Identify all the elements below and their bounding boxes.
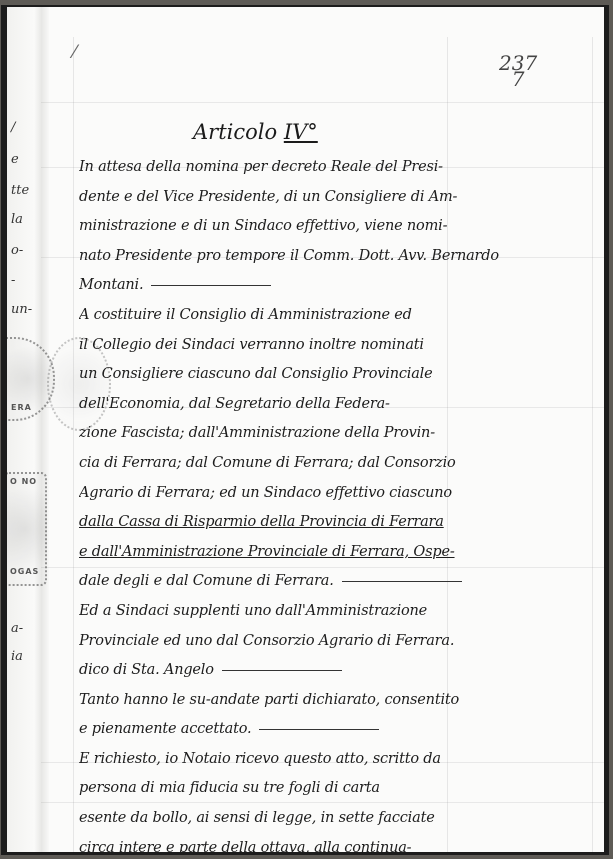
margin-fragment: - (11, 273, 15, 288)
margin-fragment: ia (11, 649, 23, 664)
margin-fragment: / (11, 120, 15, 135)
stamp-label: ERA (11, 403, 32, 412)
text-line-content: Montani. (79, 277, 143, 293)
text-line: E richiesto, io Notaio ricevo questo att… (79, 745, 509, 775)
text-line: Provinciale ed uno dal Consorzio Agrario… (79, 627, 509, 657)
text-line: circa intere e parte della ottava, alla … (79, 834, 509, 852)
text-line: A costituire il Consiglio di Amministraz… (79, 301, 509, 331)
text-line: Ed a Sindaci supplenti uno dall'Amminist… (79, 597, 509, 627)
text-line: Agrario di Ferrara; ed un Sindaco effett… (79, 479, 509, 509)
margin-fragment: o- (11, 243, 23, 258)
text-line: Montani. (79, 271, 509, 301)
text-line: dale degli e dal Comune di Ferrara. (79, 567, 509, 597)
text-line: dalla Cassa di Risparmio della Provincia… (79, 508, 509, 538)
text-line: e dall'Amministrazione Provinciale di Fe… (79, 538, 509, 568)
ruled-line (41, 102, 604, 103)
text-line-content: e dall'Amministrazione Provinciale di Fe… (79, 544, 455, 560)
text-line: un Consigliere ciascuno dal Consiglio Pr… (79, 360, 509, 390)
text-line: zione Fascista; dall'Amministrazione del… (79, 419, 509, 449)
text-line-content: e pienamente accettato. (79, 721, 251, 737)
folio-number: 237 7 (499, 55, 537, 87)
margin-fragment: a- (11, 621, 23, 636)
text-line: il Collegio dei Sindaci verranno inoltre… (79, 331, 509, 361)
text-line: Tanto hanno le su-andate parti dichiarat… (79, 686, 509, 716)
handwritten-body: In attesa della nomina per decreto Reale… (79, 153, 509, 852)
margin-fragment: tte (11, 183, 29, 198)
text-line-content: dale degli e dal Comune di Ferrara. (79, 573, 334, 589)
margin-line (73, 37, 74, 852)
document-page: / e tte la o- - un- a- ia ERA O NO OGAS … (7, 7, 604, 852)
text-line: In attesa della nomina per decreto Reale… (79, 153, 509, 183)
margin-line (592, 37, 593, 852)
text-line: cia di Ferrara; dal Comune di Ferrara; d… (79, 449, 509, 479)
text-line: persona di mia fiducia su tre fogli di c… (79, 774, 509, 804)
page-fold (41, 7, 49, 852)
stamp-label: O NO (10, 477, 37, 486)
text-line-content: dalla Cassa di Risparmio della Provincia… (79, 514, 444, 530)
stamp-label: OGAS (10, 567, 39, 576)
text-line: ministrazione e di un Sindaco effettivo,… (79, 212, 509, 242)
margin-fragment: e (11, 152, 19, 167)
text-line: e pienamente accettato. (79, 715, 509, 745)
article-title: Articolo IV° (193, 120, 318, 144)
text-line-content: dico di Sta. Angelo (79, 662, 214, 678)
pen-mark: ⁄ (73, 42, 76, 63)
article-number: IV° (284, 120, 318, 144)
text-line: esente da bollo, ai sensi di legge, in s… (79, 804, 509, 834)
article-label: Articolo (193, 120, 277, 144)
text-line: dente e del Vice Presidente, di un Consi… (79, 183, 509, 213)
margin-fragment: la (11, 212, 23, 227)
margin-fragment: un- (11, 302, 32, 317)
text-line: dell'Economia, dal Segretario della Fede… (79, 390, 509, 420)
text-line: nato Presidente pro tempore il Comm. Dot… (79, 242, 509, 272)
text-line: dico di Sta. Angelo (79, 656, 509, 686)
